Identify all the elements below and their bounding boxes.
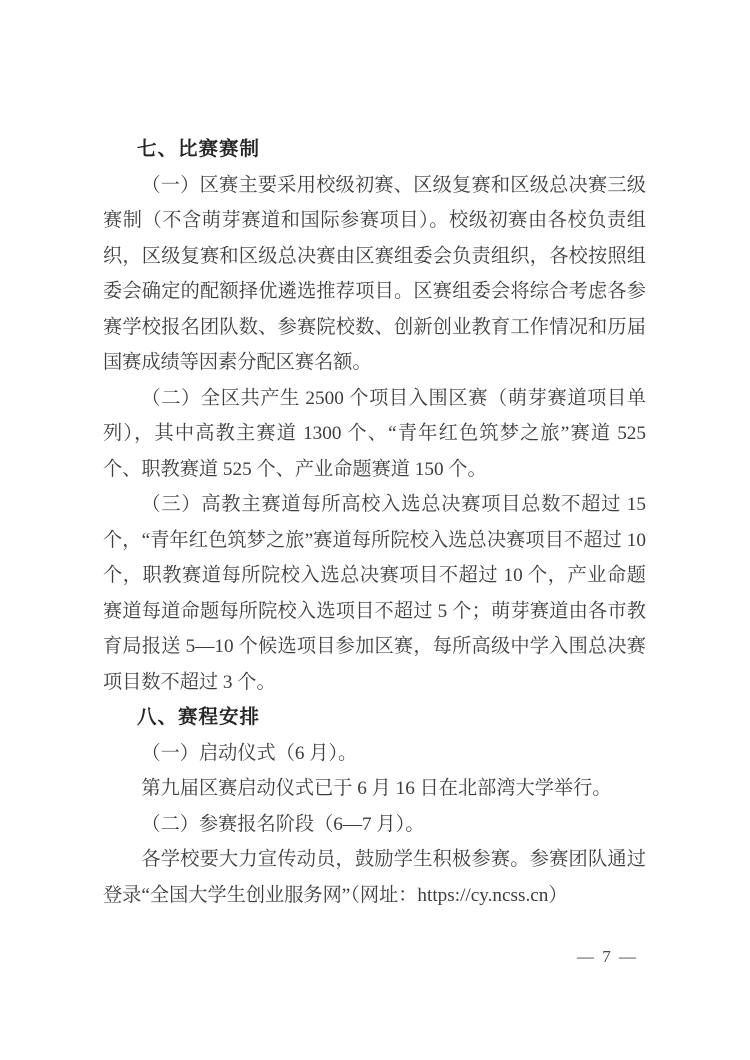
document-body: 七、比赛赛制 （一）区赛主要采用校级初赛、区级复赛和区级总决赛三级赛制（不含萌芽… [103, 132, 646, 913]
paragraph-project-quotas: （二）全区共产生 2500 个项目入围区赛（萌芽赛道项目单列），其中高教主赛道 … [103, 381, 646, 488]
paragraph-registration-detail: 各学校要大力宣传动员，鼓励学生积极参赛。参赛团队通过登录“全国大学生创业服务网”… [103, 842, 646, 913]
page-number: — 7 — [577, 947, 638, 967]
paragraph-launch-ceremony: （一）启动仪式（6 月）。 [103, 736, 646, 772]
section-heading-schedule: 八、赛程安排 [103, 700, 646, 736]
paragraph-regional-contest-structure: （一）区赛主要采用校级初赛、区级复赛和区级总决赛三级赛制（不含萌芽赛道和国际参赛… [103, 168, 646, 381]
document-page: 七、比赛赛制 （一）区赛主要采用校级初赛、区级复赛和区级总决赛三级赛制（不含萌芽… [0, 0, 750, 1060]
paragraph-launch-ceremony-detail: 第九届区赛启动仪式已于 6 月 16 日在北部湾大学举行。 [103, 771, 646, 807]
section-heading-competition-system: 七、比赛赛制 [103, 132, 646, 168]
paragraph-registration-phase: （二）参赛报名阶段（6—7 月）。 [103, 807, 646, 843]
paragraph-finals-limits: （三）高教主赛道每所高校入选总决赛项目总数不超过 15 个，“青年红色筑梦之旅”… [103, 487, 646, 700]
